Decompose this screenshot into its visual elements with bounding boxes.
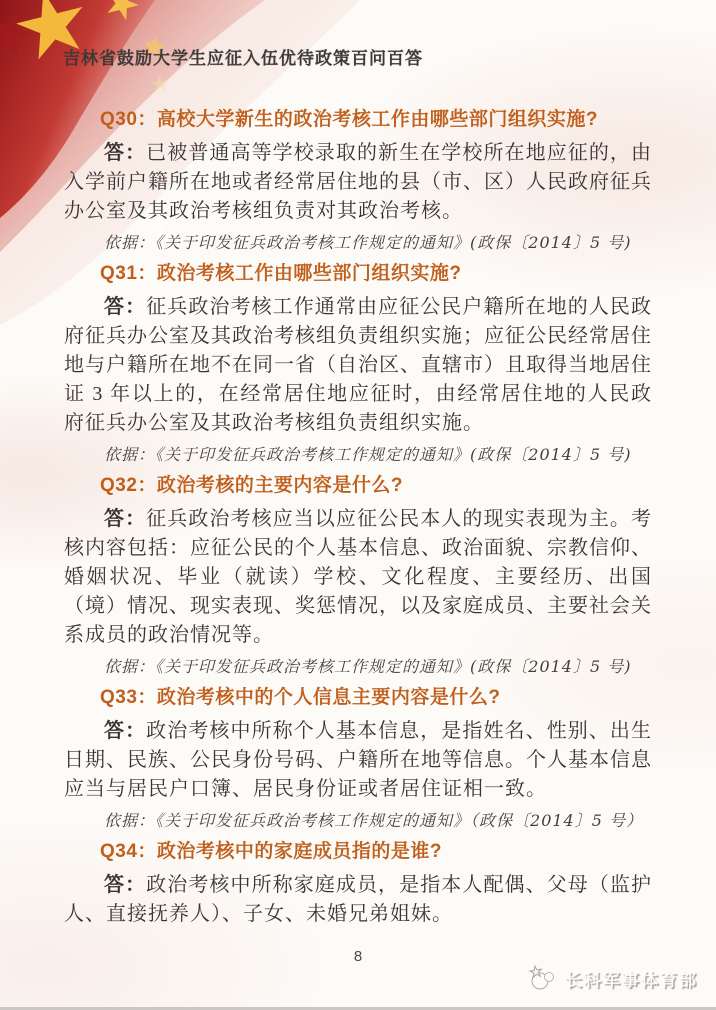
- question-number: Q30：: [100, 109, 157, 130]
- question-number: Q34：: [100, 841, 157, 862]
- basis-line: 依据：《关于印发征兵政治考核工作规定的通知》（政保〔2014〕5 号）: [64, 810, 652, 831]
- basis-line: 依据：《关于印发征兵政治考核工作规定的通知》(政保〔2014〕5 号): [64, 444, 652, 465]
- answer-label: 答：: [104, 874, 146, 896]
- question-heading: Q33：政治考核中的个人信息主要内容是什么?: [64, 687, 652, 709]
- basis-label: 依据：: [104, 657, 155, 676]
- star-icon-top: [102, 0, 143, 23]
- basis-label: 依据：: [104, 445, 155, 464]
- qa-content: Q30：高校大学新生的政治考核工作由哪些部门组织实施? 答：已被普通高等学校录取…: [64, 99, 652, 929]
- qa-section-q34: Q34：政治考核中的家庭成员指的是谁? 答：政治考核中所称家庭成员，是指本人配偶…: [64, 841, 652, 929]
- watermark-icon: [528, 965, 558, 991]
- question-text: 高校大学新生的政治考核工作由哪些部门组织实施?: [157, 109, 598, 130]
- answer-paragraph: 答：征兵政治考核工作通常由应征公民户籍所在地的人民政府征兵办公室及其政治考核组负…: [64, 293, 652, 438]
- basis-label: 依据：: [104, 811, 155, 830]
- page-title: 吉林省鼓励大学生应征入伍优待政策百问百答: [63, 44, 423, 69]
- basis-label: 依据：: [104, 233, 155, 252]
- basis-line: 依据：《关于印发征兵政治考核工作规定的通知》(政保〔2014〕5 号): [64, 656, 652, 677]
- qa-section-q32: Q32：政治考核的主要内容是什么? 答：征兵政治考核应当以应征公民本人的现实表现…: [64, 475, 652, 677]
- answer-label: 答：: [104, 142, 146, 164]
- answer-paragraph: 答：政治考核中所称个人基本信息，是指姓名、性别、出生日期、民族、公民身份号码、户…: [64, 717, 652, 804]
- question-heading: Q31：政治考核工作由哪些部门组织实施?: [64, 263, 652, 285]
- basis-text: 《关于印发征兵政治考核工作规定的通知》(政保〔2014〕5 号): [155, 445, 631, 464]
- question-heading: Q34：政治考核中的家庭成员指的是谁?: [64, 841, 652, 863]
- basis-text: 《关于印发征兵政治考核工作规定的通知》(政保〔2014〕5 号): [155, 657, 631, 676]
- answer-text: 征兵政治考核应当以应征公民本人的现实表现为主。考核内容包括：应征公民的个人基本信…: [64, 508, 652, 646]
- answer-text: 征兵政治考核工作通常由应征公民户籍所在地的人民政府征兵办公室及其政治考核组负责组…: [64, 296, 652, 434]
- answer-text: 已被普通高等学校录取的新生在学校所在地应征的，由入学前户籍所在地或者经常居住地的…: [64, 142, 652, 222]
- question-heading: Q32：政治考核的主要内容是什么?: [64, 475, 652, 497]
- question-heading: Q30：高校大学新生的政治考核工作由哪些部门组织实施?: [64, 109, 652, 131]
- answer-paragraph: 答：征兵政治考核应当以应征公民本人的现实表现为主。考核内容包括：应征公民的个人基…: [64, 505, 652, 650]
- qa-section-q31: Q31：政治考核工作由哪些部门组织实施? 答：征兵政治考核工作通常由应征公民户籍…: [64, 263, 652, 465]
- question-text: 政治考核工作由哪些部门组织实施?: [157, 263, 462, 284]
- basis-line: 依据：《关于印发征兵政治考核工作规定的通知》(政保〔2014〕5 号): [64, 232, 652, 253]
- watermark-label: 长科军事体育部: [565, 966, 698, 991]
- answer-text: 政治考核中所称个人基本信息，是指姓名、性别、出生日期、民族、公民身份号码、户籍所…: [64, 720, 652, 800]
- answer-paragraph: 答：已被普通高等学校录取的新生在学校所在地应征的，由入学前户籍所在地或者经常居住…: [64, 139, 652, 226]
- question-text: 政治考核的主要内容是什么?: [157, 475, 403, 496]
- question-text: 政治考核中的个人信息主要内容是什么?: [157, 687, 501, 708]
- qa-section-q33: Q33：政治考核中的个人信息主要内容是什么? 答：政治考核中所称个人基本信息，是…: [64, 687, 652, 831]
- basis-text: 《关于印发征兵政治考核工作规定的通知》（政保〔2014〕5 号）: [155, 811, 643, 830]
- star-icon-left-outline: [0, 7, 37, 58]
- page-number: 8: [0, 948, 716, 965]
- document-page: 吉林省鼓励大学生应征入伍优待政策百问百答 Q30：高校大学新生的政治考核工作由哪…: [0, 0, 716, 1010]
- qa-section-q30: Q30：高校大学新生的政治考核工作由哪些部门组织实施? 答：已被普通高等学校录取…: [64, 109, 652, 253]
- question-number: Q33：: [100, 687, 157, 708]
- question-number: Q32：: [100, 475, 157, 496]
- answer-label: 答：: [104, 296, 146, 318]
- star-icon-faint: [150, 74, 169, 93]
- basis-text: 《关于印发征兵政治考核工作规定的通知》(政保〔2014〕5 号): [155, 233, 631, 252]
- answer-text: 政治考核中所称家庭成员，是指本人配偶、父母（监护人、直接抚养人）、子女、未婚兄弟…: [64, 874, 652, 925]
- question-text: 政治考核中的家庭成员指的是谁?: [157, 841, 442, 862]
- answer-paragraph: 答：政治考核中所称家庭成员，是指本人配偶、父母（监护人、直接抚养人）、子女、未婚…: [64, 871, 652, 929]
- watermark-badge: 长科军事体育部: [528, 965, 698, 991]
- answer-label: 答：: [104, 720, 146, 742]
- answer-label: 答：: [104, 508, 146, 530]
- question-number: Q31：: [100, 263, 157, 284]
